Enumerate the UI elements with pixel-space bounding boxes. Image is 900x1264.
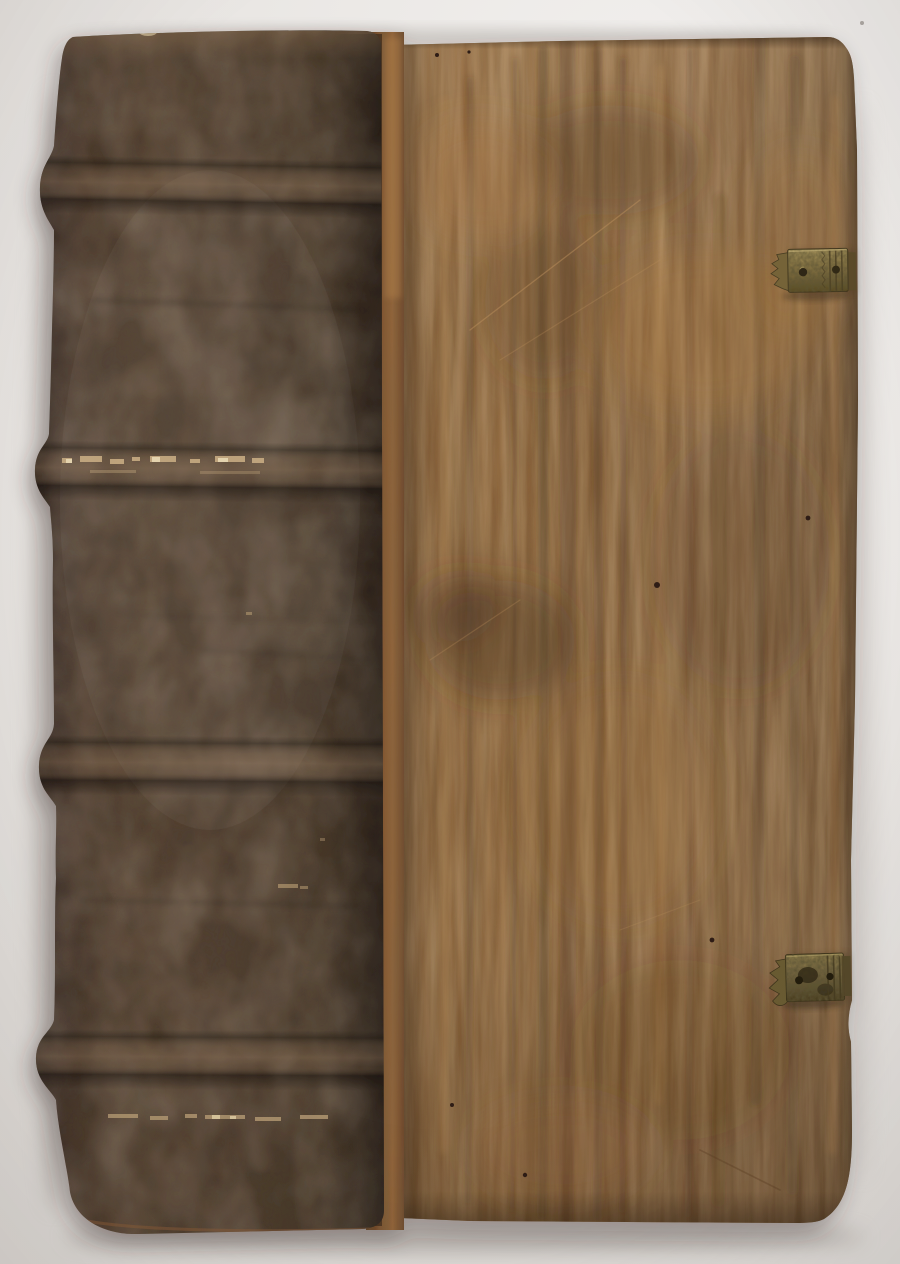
vignette-overlay [0,0,900,1264]
book-photo [0,0,900,1264]
